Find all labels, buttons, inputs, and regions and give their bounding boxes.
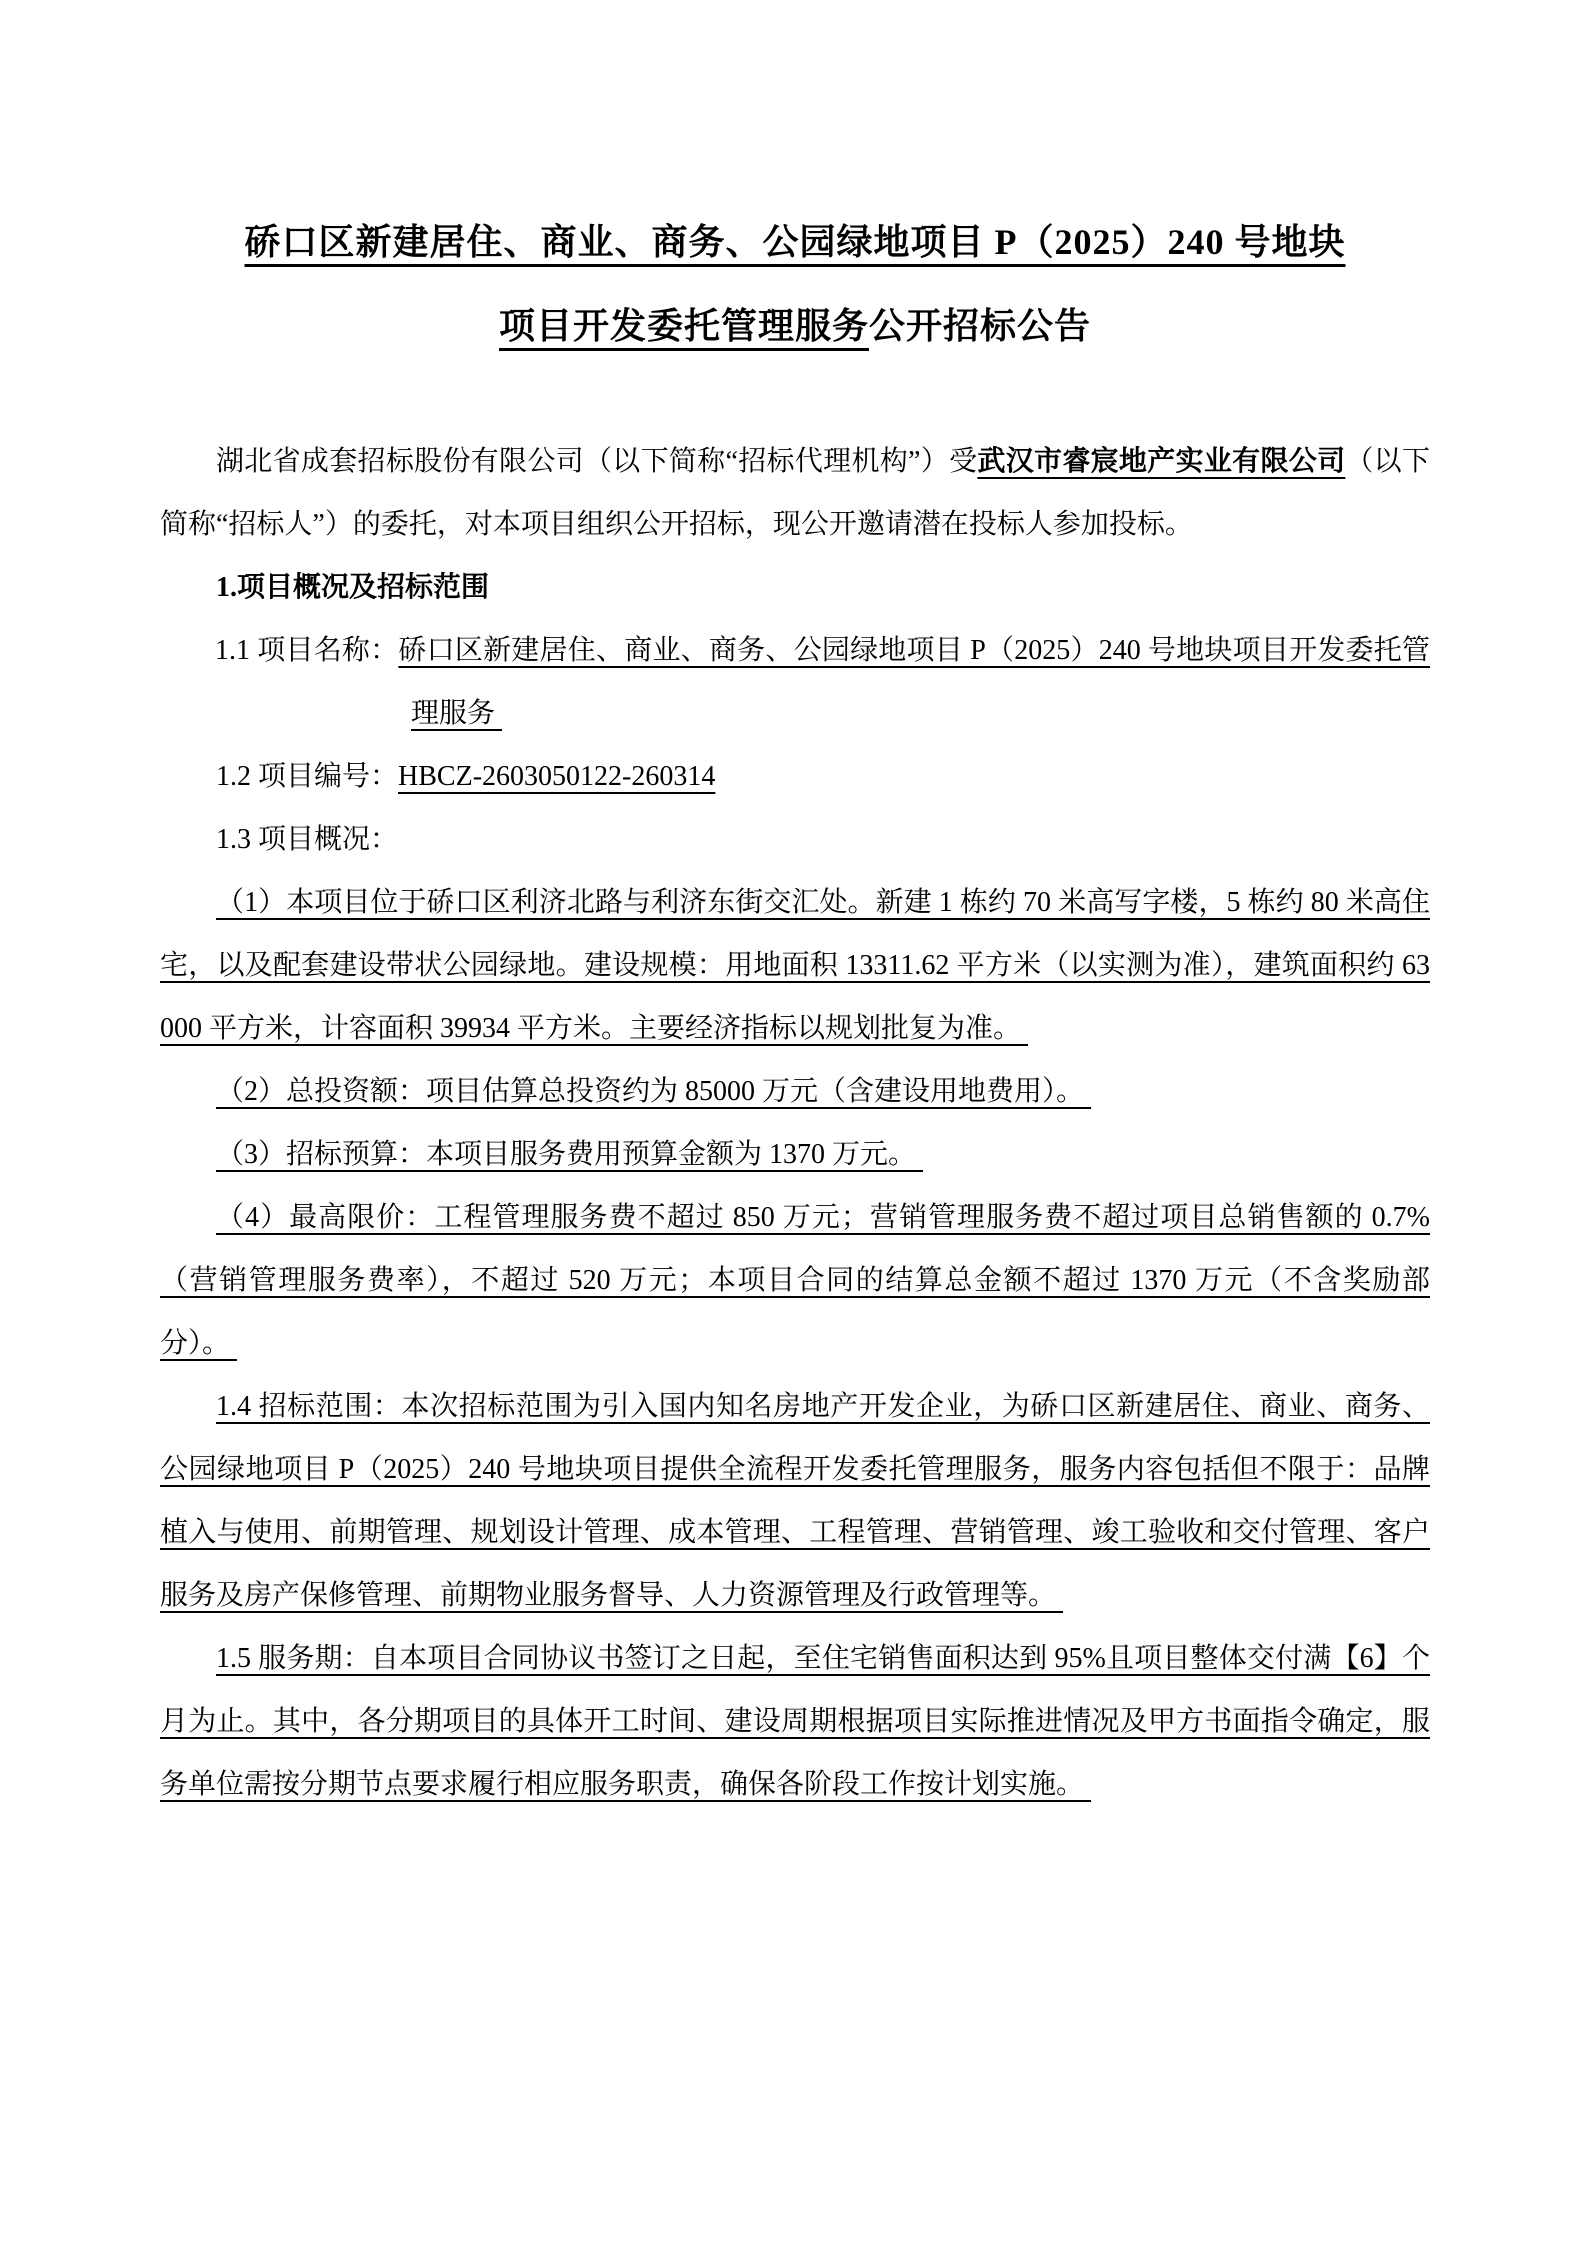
- item-1-3-project-overview-label: 1.3 项目概况：: [160, 808, 1430, 871]
- tenderer-name: 武汉市睿宸地产实业有限公司: [977, 446, 1345, 477]
- item-1-1-value: 硚口区新建居住、商业、商务、公园绿地项目 P（2025）240 号地块项目开发委…: [398, 635, 1430, 729]
- item-1-3-sub-4: （4）最高限价：工程管理服务费不超过 850 万元；营销管理服务费不超过项目总销…: [160, 1186, 1430, 1375]
- title-line-1: 硚口区新建居住、商业、商务、公园绿地项目 P（2025）240 号地块: [160, 200, 1430, 284]
- item-1-3-sub-2-text: （2）总投资额：项目估算总投资约为 85000 万元（含建设用地费用）。: [216, 1076, 1091, 1107]
- item-1-2-value: HBCZ-2603050122-260314: [398, 761, 715, 792]
- item-1-5-text: 1.5 服务期：自本项目合同协议书签订之日起，至住宅销售面积达到 95%且项目整…: [160, 1643, 1430, 1800]
- item-1-2-label: 1.2 项目编号：: [216, 761, 398, 792]
- item-1-5-service-period: 1.5 服务期：自本项目合同协议书签订之日起，至住宅销售面积达到 95%且项目整…: [160, 1627, 1430, 1816]
- item-1-3-sub-1: （1）本项目位于硚口区利济北路与利济东街交汇处。新建 1 栋约 70 米高写字楼…: [160, 871, 1430, 1060]
- title-line-2-underlined: 项目开发委托管理服务: [499, 306, 869, 346]
- intro-text-pre: 湖北省成套招标股份有限公司（以下简称“招标代理机构”）受: [216, 446, 977, 477]
- document-page: 硚口区新建居住、商业、商务、公园绿地项目 P（2025）240 号地块 项目开发…: [0, 0, 1587, 2245]
- document-body: 硚口区新建居住、商业、商务、公园绿地项目 P（2025）240 号地块 项目开发…: [160, 0, 1430, 1816]
- title-line-2: 项目开发委托管理服务公开招标公告: [160, 284, 1430, 368]
- item-1-4-text: 1.4 招标范围：本次招标范围为引入国内知名房地产开发企业，为硚口区新建居住、商…: [160, 1391, 1430, 1611]
- item-1-1-project-name: 1.1 项目名称：硚口区新建居住、商业、商务、公园绿地项目 P（2025）240…: [160, 619, 1430, 745]
- title-line-2-rest: 公开招标公告: [869, 306, 1091, 346]
- section-1-heading: 1.项目概况及招标范围: [160, 556, 1430, 619]
- item-1-1-label: 1.1 项目名称：: [215, 635, 398, 666]
- item-1-3-sub-1-text: （1）本项目位于硚口区利济北路与利济东街交汇处。新建 1 栋约 70 米高写字楼…: [160, 887, 1430, 1044]
- title-line-1-text: 硚口区新建居住、商业、商务、公园绿地项目 P（2025）240 号地块: [245, 222, 1346, 262]
- item-1-3-sub-3: （3）招标预算：本项目服务费用预算金额为 1370 万元。: [160, 1123, 1430, 1186]
- item-1-3-sub-3-text: （3）招标预算：本项目服务费用预算金额为 1370 万元。: [216, 1139, 923, 1170]
- item-1-3-sub-4-text: （4）最高限价：工程管理服务费不超过 850 万元；营销管理服务费不超过项目总销…: [160, 1202, 1430, 1359]
- intro-paragraph: 湖北省成套招标股份有限公司（以下简称“招标代理机构”）受武汉市睿宸地产实业有限公…: [160, 430, 1430, 556]
- document-title: 硚口区新建居住、商业、商务、公园绿地项目 P（2025）240 号地块 项目开发…: [160, 200, 1430, 368]
- item-1-3-sub-2: （2）总投资额：项目估算总投资约为 85000 万元（含建设用地费用）。: [160, 1060, 1430, 1123]
- item-1-2-project-number: 1.2 项目编号：HBCZ-2603050122-260314: [160, 745, 1430, 808]
- item-1-4-scope: 1.4 招标范围：本次招标范围为引入国内知名房地产开发企业，为硚口区新建居住、商…: [160, 1375, 1430, 1627]
